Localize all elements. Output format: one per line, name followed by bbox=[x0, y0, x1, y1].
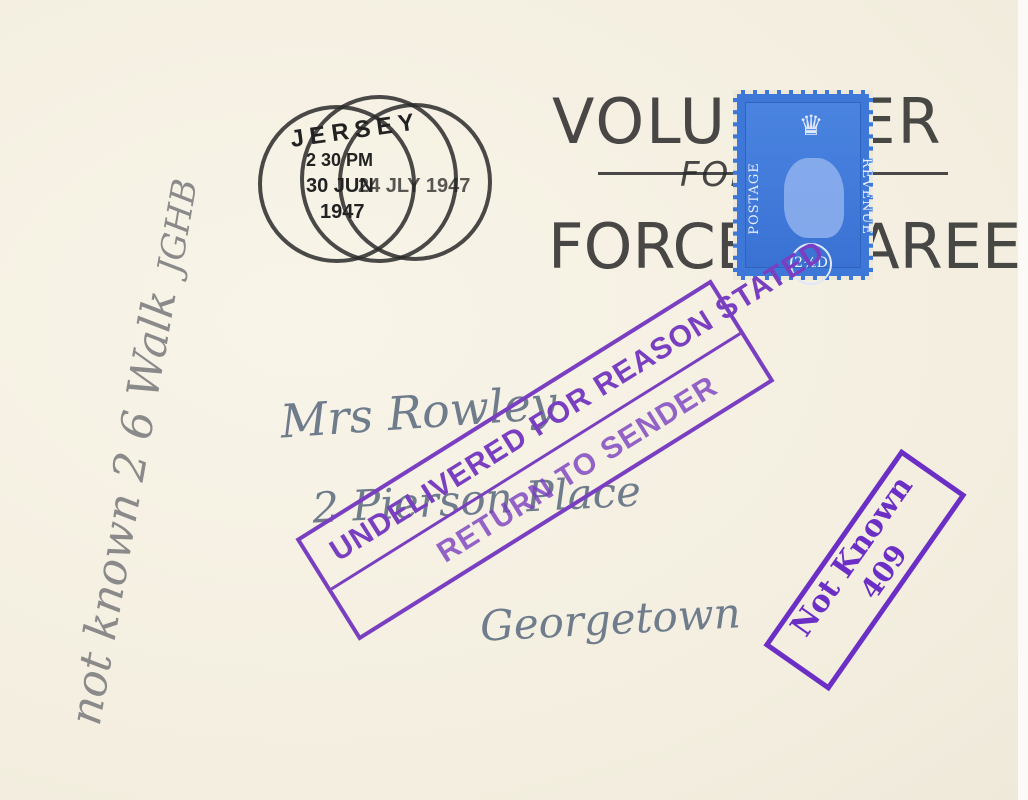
jersey-postmark: JERSEY 2 30 PM 30 JUN 1947 24 JLY 1947 bbox=[258, 95, 488, 270]
stamp-left-text: POSTAGE bbox=[747, 162, 762, 235]
address-line-3: Georgetown bbox=[479, 588, 742, 651]
king-portrait bbox=[784, 158, 844, 238]
postmark-overstrike: 24 JLY 1947 bbox=[358, 175, 470, 198]
scan-edge bbox=[1018, 0, 1028, 800]
stamp-right-text: REVENUE bbox=[859, 158, 874, 235]
pencil-initials: JGHB bbox=[150, 176, 206, 277]
crown-icon: ♛ bbox=[786, 109, 836, 143]
undelivered-handstamp: UNDELIVERED FOR REASON STATED RETURN TO … bbox=[295, 279, 774, 640]
postmark-time: 2 30 PM bbox=[306, 150, 373, 171]
not-known-handstamp: Not Known 409 bbox=[763, 449, 966, 691]
envelope: not known 2 6 Walk JGHB JERSEY 2 30 PM 3… bbox=[0, 0, 1018, 800]
postmark-year: 1947 bbox=[320, 201, 365, 224]
pencil-note: not known 2 6 Walk bbox=[60, 286, 187, 728]
